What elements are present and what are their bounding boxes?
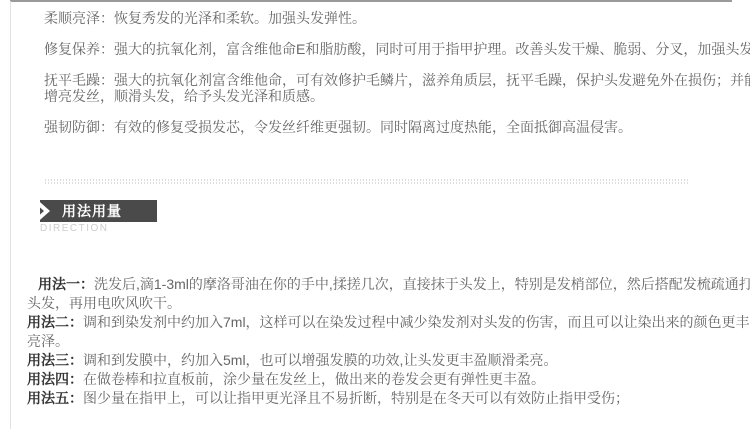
directions-block: 用法一：洗发后,滴1-3ml的摩洛哥油在你的手中,揉搓几次，直接抹于头发上，特别… bbox=[27, 275, 750, 408]
chevron-right-icon bbox=[35, 201, 51, 221]
direction-text: 调和到染发剂中约加入7ml，这样可以在染发过程中减少染发剂对头发的伤害，而且可以… bbox=[83, 314, 750, 330]
section-title: 用法用量 bbox=[62, 203, 122, 219]
direction-text: 在做卷棒和拉直板前，涂少量在发丝上，做出来的卷发会更有弹性更丰盈。 bbox=[83, 371, 545, 387]
feature-paragraph: 抚平毛躁：强大的抗氧化剂富含维他命，可有效修护毛鳞片，滋养角质层，抚平毛躁，保护… bbox=[44, 72, 750, 104]
direction-line: 用法二：调和到染发剂中约加入7ml，这样可以在染发过程中减少染发剂对头发的伤害，… bbox=[27, 313, 750, 332]
dotted-divider bbox=[45, 179, 690, 184]
feature-description-block: 柔顺亮泽：恢复秀发的光泽和柔软。加强头发弹性。 修复保养：强大的抗氧化剂，富含维… bbox=[44, 10, 750, 150]
direction-label: 用法二： bbox=[27, 314, 83, 330]
feature-paragraph: 强韧防御：有效的修复受损发芯，令发丝纤维更强韧。同时隔离过度热能，全面抵御高温侵… bbox=[44, 119, 750, 135]
feature-line: 抚平毛躁：强大的抗氧化剂富含维他命，可有效修护毛鳞片，滋养角质层，抚平毛躁，保护… bbox=[44, 72, 750, 88]
direction-text: 头发，再用电吹风吹干。 bbox=[27, 295, 181, 311]
feature-line: 增亮发丝，顺滑头发，给予头发光泽和质感。 bbox=[44, 88, 750, 104]
direction-text: 亮泽。 bbox=[27, 333, 69, 349]
left-border-line bbox=[10, 1, 11, 429]
direction-line: 用法五：图少量在指甲上，可以让指甲更光泽且不易折断，特别是在冬天可以有效防止指甲… bbox=[27, 389, 750, 408]
feature-paragraph: 修复保养：强大的抗氧化剂，富含维他命E和脂肪酸，同时可用于指甲护理。改善头发干燥… bbox=[44, 41, 750, 57]
direction-line: 用法四：在做卷棒和拉直板前，涂少量在发丝上，做出来的卷发会更有弹性更丰盈。 bbox=[27, 370, 750, 389]
dotted-divider-row bbox=[45, 179, 690, 181]
direction-line: 用法三：调和到发膜中，约加入5ml，也可以增强发膜的功效,让头发更丰盈顺滑柔亮。 bbox=[27, 351, 750, 370]
feature-line: 强韧防御：有效的修复受损发芯，令发丝纤维更强韧。同时隔离过度热能，全面抵御高温侵… bbox=[44, 119, 750, 135]
product-description-page: 柔顺亮泽：恢复秀发的光泽和柔软。加强头发弹性。 修复保养：强大的抗氧化剂，富含维… bbox=[0, 0, 750, 429]
direction-label: 用法四： bbox=[27, 371, 83, 387]
direction-text: 图少量在指甲上，可以让指甲更光泽且不易折断，特别是在冬天可以有效防止指甲受伤； bbox=[83, 390, 629, 406]
direction-line: 用法一：洗发后,滴1-3ml的摩洛哥油在你的手中,揉搓几次，直接抹于头发上，特别… bbox=[27, 275, 750, 294]
direction-label: 用法五： bbox=[27, 390, 83, 406]
dotted-divider-row bbox=[45, 182, 690, 184]
direction-label: 用法三： bbox=[27, 352, 83, 368]
direction-text: 调和到发膜中，约加入5ml，也可以增强发膜的功效,让头发更丰盈顺滑柔亮。 bbox=[83, 352, 557, 368]
direction-text: 洗发后,滴1-3ml的摩洛哥油在你的手中,揉搓几次，直接抹于头发上，特别是发梢部… bbox=[94, 276, 750, 292]
section-subtitle: DIRECTION bbox=[40, 223, 109, 234]
feature-paragraph: 柔顺亮泽：恢复秀发的光泽和柔软。加强头发弹性。 bbox=[44, 10, 750, 26]
feature-line: 修复保养：强大的抗氧化剂，富含维他命E和脂肪酸，同时可用于指甲护理。改善头发干燥… bbox=[44, 41, 750, 57]
feature-line: 柔顺亮泽：恢复秀发的光泽和柔软。加强头发弹性。 bbox=[44, 10, 750, 26]
section-header: 用法用量 bbox=[40, 200, 157, 222]
direction-label: 用法一： bbox=[38, 276, 94, 292]
top-border-line bbox=[10, 0, 732, 2]
direction-line: 头发，再用电吹风吹干。 bbox=[27, 294, 750, 313]
direction-line: 亮泽。 bbox=[27, 332, 750, 351]
